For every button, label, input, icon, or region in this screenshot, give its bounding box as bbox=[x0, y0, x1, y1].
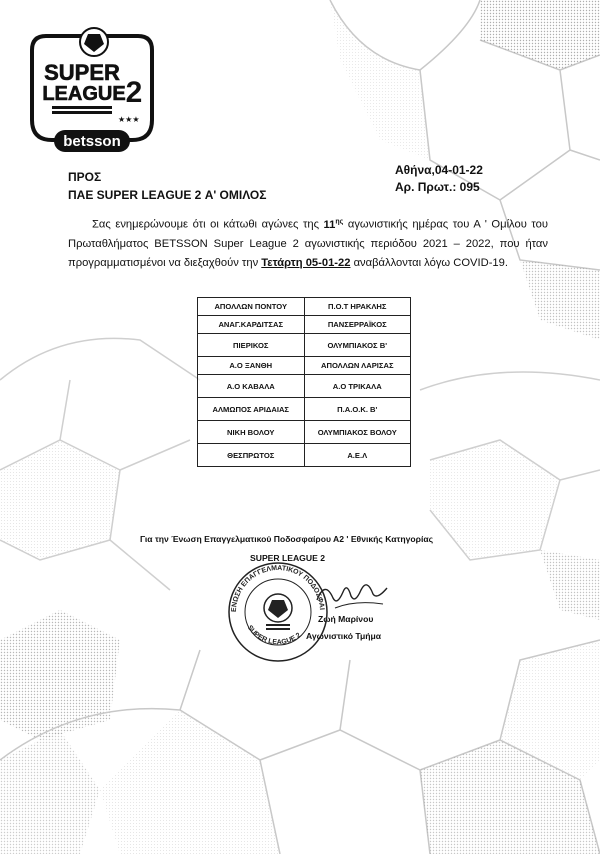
place-date: Αθήνα,04-01-22 bbox=[395, 162, 483, 179]
match-row: Α.Ο ΞΑΝΘΗΑΠΟΛΛΩΝ ΛΑΡΙΣΑΣ bbox=[198, 357, 411, 375]
recipient-value: ΠΑΕ SUPER LEAGUE 2 Α' ΟΜΙΛΟΣ bbox=[68, 186, 266, 204]
away-team: Π.Ο.Τ ΗΡΑΚΛΗΣ bbox=[304, 298, 411, 316]
recipient-label: ΠΡΟΣ bbox=[68, 168, 266, 186]
logo-super-text: SUPER bbox=[44, 60, 120, 85]
signatory-name: Ζωή Μαρίνου bbox=[318, 614, 373, 624]
away-team: Α.Ο ΤΡΙΚΑΛΑ bbox=[304, 375, 411, 398]
body-text-1: Σας ενημερώνουμε ότι οι κάτωθι αγώνες τη… bbox=[92, 219, 324, 231]
match-row: Α.Ο ΚΑΒΑΛΑΑ.Ο ΤΡΙΚΑΛΑ bbox=[198, 375, 411, 398]
match-row: ΝΙΚΗ ΒΟΛΟΥΟΛΥΜΠΙΑΚΟΣ ΒΟΛΟΥ bbox=[198, 421, 411, 444]
home-team: Α.Ο ΞΑΝΘΗ bbox=[198, 357, 305, 375]
svg-text:★★★: ★★★ bbox=[118, 115, 140, 124]
home-team: ΝΙΚΗ ΒΟΛΟΥ bbox=[198, 421, 305, 444]
handwritten-signature bbox=[315, 570, 390, 615]
away-team: ΠΑΝΣΕΡΡΑΪΚΟΣ bbox=[304, 316, 411, 334]
home-team: ΑΠΟΛΛΩΝ ΠΟΝΤΟΥ bbox=[198, 298, 305, 316]
signature-heading: Για την Ένωση Επαγγελματικού Ποδοσφαίρου… bbox=[140, 534, 433, 544]
away-team: Π.Α.Ο.Κ. Β' bbox=[304, 398, 411, 421]
header-info: Αθήνα,04-01-22 Αρ. Πρωτ.: 095 bbox=[395, 162, 483, 196]
logo-number-text: 2 bbox=[126, 76, 143, 109]
home-team: ΘΕΣΠΡΩΤΟΣ bbox=[198, 444, 305, 467]
postponed-matches-table: ΑΠΟΛΛΩΝ ΠΟΝΤΟΥΠ.Ο.Τ ΗΡΑΚΛΗΣΑΝΑΓ.ΚΑΡΔΙΤΣΑ… bbox=[197, 297, 411, 467]
signatory-role: Αγωνιστικό Τμήμα bbox=[306, 631, 381, 641]
super-league-2-logo: SUPER LEAGUE 2 ★★★ betsson bbox=[22, 12, 162, 157]
match-row: ΠΙΕΡΙΚΟΣΟΛΥΜΠΙΑΚΟΣ Β' bbox=[198, 334, 411, 357]
matchday-number: 11ης bbox=[324, 219, 344, 231]
match-row: ΑΛΜΩΠΟΣ ΑΡΙΔΑΙΑΣΠ.Α.Ο.Κ. Β' bbox=[198, 398, 411, 421]
protocol-number: Αρ. Πρωτ.: 095 bbox=[395, 179, 483, 196]
match-row: ΘΕΣΠΡΩΤΟΣΑ.Ε.Λ bbox=[198, 444, 411, 467]
match-row: ΑΝΑΓ.ΚΑΡΔΙΤΣΑΣΠΑΝΣΕΡΡΑΪΚΟΣ bbox=[198, 316, 411, 334]
away-team: Α.Ε.Λ bbox=[304, 444, 411, 467]
match-row: ΑΠΟΛΛΩΝ ΠΟΝΤΟΥΠ.Ο.Τ ΗΡΑΚΛΗΣ bbox=[198, 298, 411, 316]
svg-text:SUPER LEAGUE 2: SUPER LEAGUE 2 bbox=[246, 624, 303, 646]
recipient: ΠΡΟΣ ΠΑΕ SUPER LEAGUE 2 Α' ΟΜΙΛΟΣ bbox=[68, 168, 266, 204]
home-team: ΠΙΕΡΙΚΟΣ bbox=[198, 334, 305, 357]
home-team: Α.Ο ΚΑΒΑΛΑ bbox=[198, 375, 305, 398]
body-paragraph: Σας ενημερώνουμε ότι οι κάτωθι αγώνες τη… bbox=[68, 212, 548, 273]
away-team: ΑΠΟΛΛΩΝ ΛΑΡΙΣΑΣ bbox=[304, 357, 411, 375]
postponed-date: Τετάρτη 05-01-22 bbox=[261, 257, 350, 269]
home-team: ΑΝΑΓ.ΚΑΡΔΙΤΣΑΣ bbox=[198, 316, 305, 334]
away-team: ΟΛΥΜΠΙΑΚΟΣ Β' bbox=[304, 334, 411, 357]
body-text-3: αναβάλλονται λόγω COVID-19. bbox=[350, 257, 508, 269]
logo-sponsor-text: betsson bbox=[63, 133, 121, 150]
logo-league-text: LEAGUE bbox=[42, 83, 125, 105]
home-team: ΑΛΜΩΠΟΣ ΑΡΙΔΑΙΑΣ bbox=[198, 398, 305, 421]
away-team: ΟΛΥΜΠΙΑΚΟΣ ΒΟΛΟΥ bbox=[304, 421, 411, 444]
